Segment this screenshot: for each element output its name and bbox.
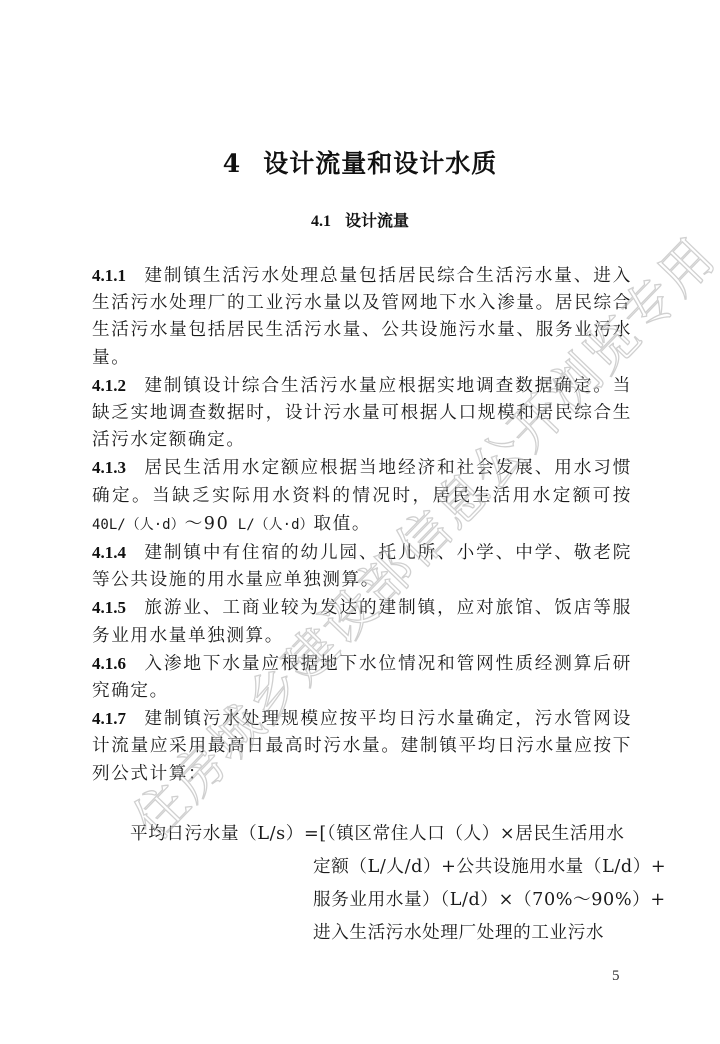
clause-text: 居民生活用水定额应根据当地经济和社会发展、用水习惯确定。当缺乏实际用水资料的情况… xyxy=(92,458,632,505)
clause-number: 4.1.2 xyxy=(92,376,126,395)
clause-text: 建制镇污水处理规模应按平均日污水量确定，污水管网设计流量应采用最高日最高时污水量… xyxy=(92,709,632,783)
formula-line: 定额（L/人/d）+公共设施用水量（L/d）+ xyxy=(130,851,650,884)
clause-number: 4.1.4 xyxy=(92,543,126,562)
clauses-body: 4.1.1建制镇生活污水处理总量包括居民综合生活污水量、进入生活污水处理厂的工业… xyxy=(92,262,632,788)
formula-line: 进入生活污水处理厂处理的工业污水 xyxy=(130,917,650,950)
clause-4-1-2: 4.1.2建制镇设计综合生活污水量应根据实地调查数据确定。当缺乏实地调查数据时，… xyxy=(92,372,632,455)
clause-number: 4.1.6 xyxy=(92,654,126,673)
chapter-title-text: 设计流量和设计水质 xyxy=(263,149,497,178)
formula-block: 平均日污水量（L/s）=[（镇区常住人口（人）×居民生活用水 定额（L/人/d）… xyxy=(130,818,650,950)
section-title-text: 设计流量 xyxy=(345,211,409,230)
section-number: 4.1 xyxy=(311,213,331,230)
clause-text: 建制镇中有住宿的幼儿园、托儿所、小学、中学、敬老院等公共设施的用水量应单独测算。 xyxy=(92,543,632,590)
clause-text: 建制镇生活污水处理总量包括居民综合生活污水量、进入生活污水处理厂的工业污水量以及… xyxy=(92,266,632,368)
clause-number: 4.1.1 xyxy=(92,266,126,285)
clause-4-1-4: 4.1.4建制镇中有住宿的幼儿园、托儿所、小学、中学、敬老院等公共设施的用水量应… xyxy=(92,539,632,594)
clause-text: 建制镇设计综合生活污水量应根据实地调查数据确定。当缺乏实地调查数据时，设计污水量… xyxy=(92,376,632,450)
clause-4-1-3: 4.1.3居民生活用水定额应根据当地经济和社会发展、用水习惯确定。当缺乏实际用水… xyxy=(92,454,632,539)
clause-4-1-5: 4.1.5旅游业、工商业较为发达的建制镇，应对旅馆、饭店等服务业用水量单独测算。 xyxy=(92,594,632,649)
clause-number: 4.1.7 xyxy=(92,709,126,728)
clause-text: ～90 xyxy=(185,514,230,534)
page-number: 5 xyxy=(612,968,620,985)
clause-number: 4.1.5 xyxy=(92,598,126,617)
formula-line: 服务业用水量）（L/d）×（70%～90%）+ xyxy=(130,884,650,917)
unit-text: 40L/（人·d） xyxy=(92,517,185,533)
document-page: 4设计流量和设计水质 4.1设计流量 4.1.1建制镇生活污水处理总量包括居民综… xyxy=(0,0,720,1044)
unit-text: L/（人·d） xyxy=(229,517,313,533)
clause-4-1-1: 4.1.1建制镇生活污水处理总量包括居民综合生活污水量、进入生活污水处理厂的工业… xyxy=(92,262,632,372)
clause-4-1-7: 4.1.7建制镇污水处理规模应按平均日污水量确定，污水管网设计流量应采用最高日最… xyxy=(92,705,632,788)
chapter-title: 4设计流量和设计水质 xyxy=(0,144,720,180)
section-title: 4.1设计流量 xyxy=(0,208,720,231)
clause-text: 入渗地下水量应根据地下水位情况和管网性质经测算后研究确定。 xyxy=(92,654,632,701)
clause-text: 取值。 xyxy=(314,514,372,534)
clause-4-1-6: 4.1.6入渗地下水量应根据地下水位情况和管网性质经测算后研究确定。 xyxy=(92,650,632,705)
clause-text: 旅游业、工商业较为发达的建制镇，应对旅馆、饭店等服务业用水量单独测算。 xyxy=(92,598,632,645)
formula-line: 平均日污水量（L/s）=[（镇区常住人口（人）×居民生活用水 xyxy=(130,818,650,851)
chapter-number: 4 xyxy=(223,149,241,178)
clause-number: 4.1.3 xyxy=(92,458,126,477)
